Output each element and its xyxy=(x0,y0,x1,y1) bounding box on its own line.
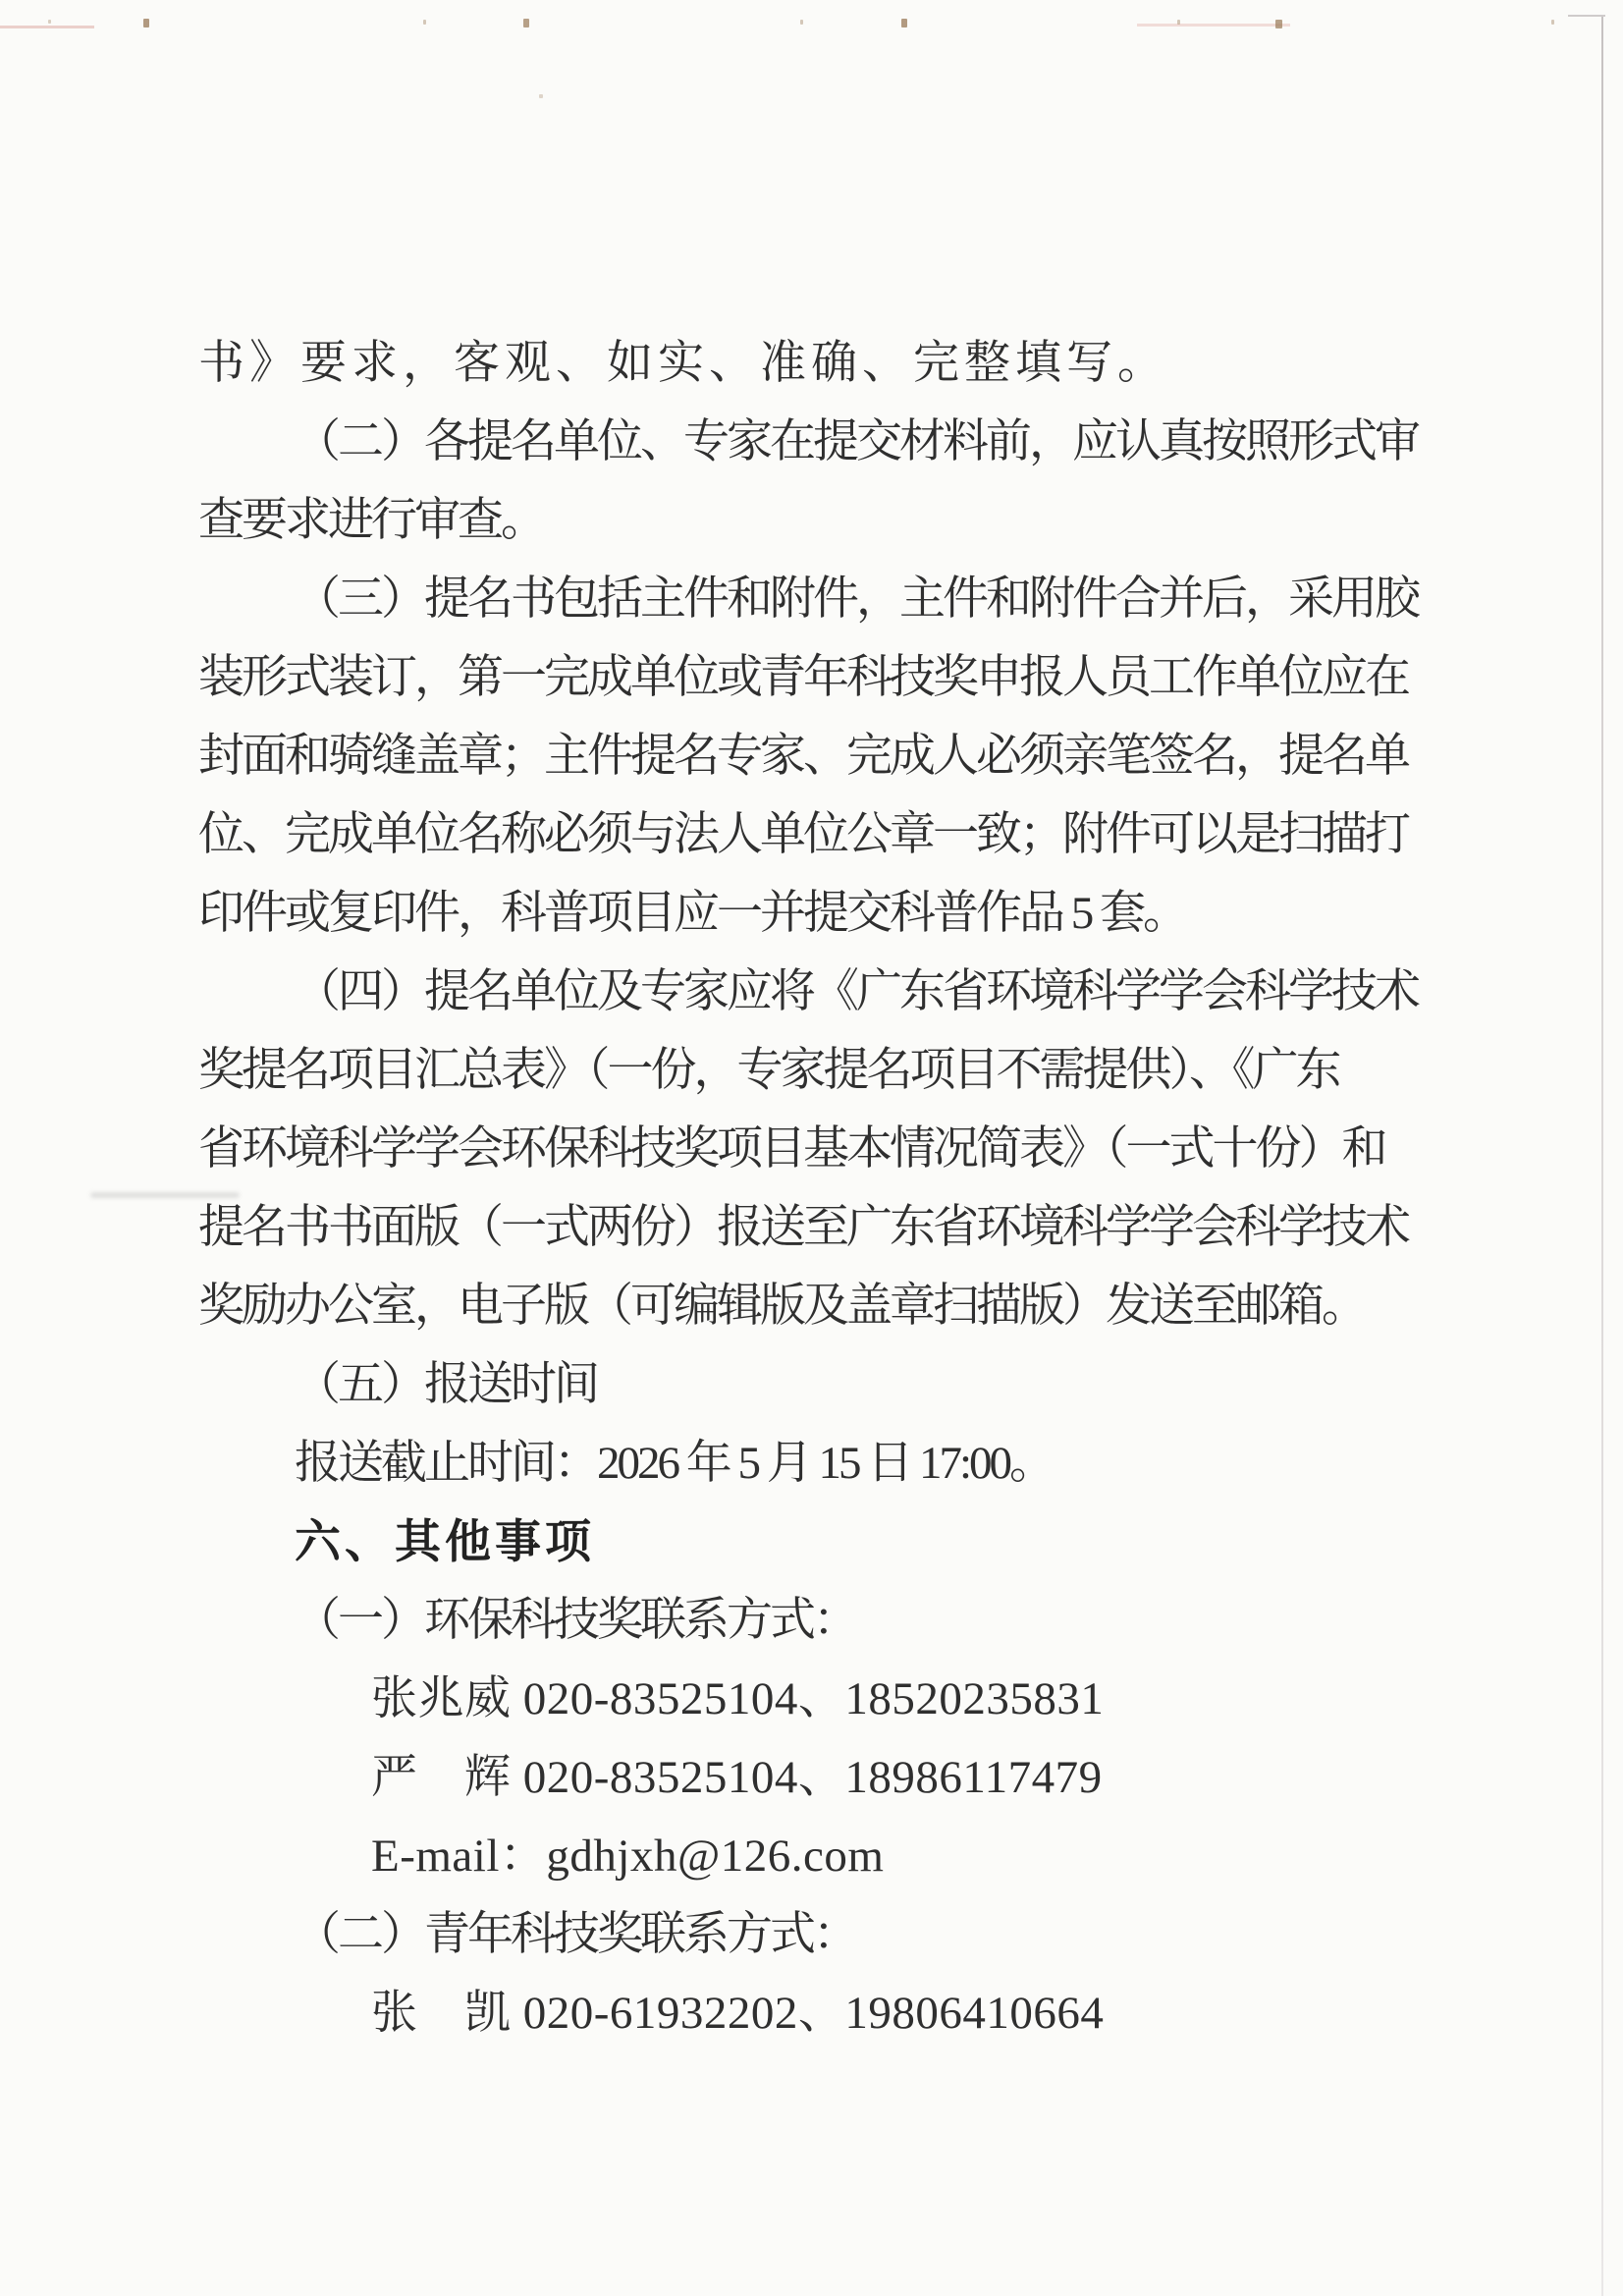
text-line: 奖提名项目汇总表》（一份，专家提名项目不需提供）、《广东 xyxy=(198,1031,1426,1110)
text-line: 印件或复印件，科普项目应一并提交科普作品 5 套。 xyxy=(198,874,1426,953)
text-line: 书》要求，客观、如实、准确、完整填写。 xyxy=(198,324,1426,403)
text-line: 位、完成单位名称必须与法人单位公章一致；附件可以是扫描打 xyxy=(198,795,1426,874)
text-line: 封面和骑缝盖章；主件提名专家、完成人必须亲笔签名，提名单 xyxy=(198,717,1426,795)
scan-edge-line-vertical xyxy=(1601,16,1603,2296)
scan-speck xyxy=(423,20,426,25)
text-line: 提名书书面版（一式两份）报送至广东省环境科学学会科学技术 xyxy=(198,1188,1426,1267)
scan-speck xyxy=(523,19,529,27)
scan-speck xyxy=(901,19,907,27)
scan-streak-top-left xyxy=(0,26,94,28)
scan-speck xyxy=(1177,20,1180,25)
text-line: （五）报送时间 xyxy=(198,1345,1426,1424)
text-line: （四）提名单位及专家应将《广东省环境科学学会科学技术 xyxy=(198,953,1426,1031)
text-line: 严 辉 020-83525104、18986117479 xyxy=(198,1738,1426,1817)
text-line: （三）提名书包括主件和附件，主件和附件合并后，采用胶 xyxy=(198,560,1426,638)
text-line: 张 凯 020-61932202、19806410664 xyxy=(198,1974,1426,2052)
text-line: （二）各提名单位、专家在提交材料前，应认真按照形式审 xyxy=(198,403,1426,481)
scan-speck xyxy=(48,20,51,24)
text-line: 张兆威 020-83525104、18520235831 xyxy=(198,1660,1426,1738)
scan-speck xyxy=(1275,20,1282,28)
text-line: E-mail：gdhjxh@126.com xyxy=(198,1817,1426,1895)
section-heading-line: 六、其他事项 xyxy=(198,1503,1426,1581)
scanned-document-page: 书》要求，客观、如实、准确、完整填写。（二）各提名单位、专家在提交材料前，应认真… xyxy=(0,0,1623,2296)
text-line: 报送截止时间：2026 年 5 月 15 日 17:00。 xyxy=(198,1424,1426,1503)
scan-speck xyxy=(800,20,803,25)
scan-streak-top-right xyxy=(1137,24,1290,27)
text-line: 装形式装订，第一完成单位或青年科技奖申报人员工作单位应在 xyxy=(198,638,1426,717)
text-line: 省环境科学学会环保科技奖项目基本情况简表》（一式十份）和 xyxy=(198,1110,1426,1188)
document-text-block: 书》要求，客观、如实、准确、完整填写。（二）各提名单位、专家在提交材料前，应认真… xyxy=(198,324,1426,2052)
scan-speck xyxy=(539,94,543,98)
scan-speck xyxy=(143,19,149,27)
text-line: 查要求进行审查。 xyxy=(198,481,1426,560)
text-line: （二）青年科技奖联系方式： xyxy=(198,1895,1426,1974)
scan-speck xyxy=(1551,20,1554,25)
text-line: （一）环保科技奖联系方式： xyxy=(198,1581,1426,1660)
text-line: 奖励办公室，电子版（可编辑版及盖章扫描版）发送至邮箱。 xyxy=(198,1267,1426,1345)
scan-edge-line-top-right xyxy=(1568,15,1605,17)
